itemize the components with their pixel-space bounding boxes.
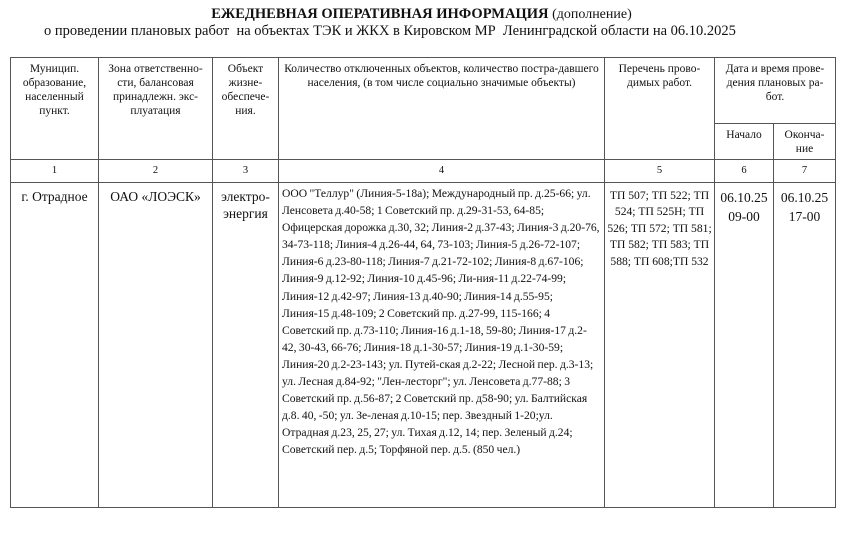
- column-number: 4: [279, 160, 605, 183]
- header-date-time-group: Дата и время прове-дения плановых ра-бот…: [715, 58, 836, 124]
- header-municipality: Муницип. образование, населенный пункт.: [11, 58, 99, 160]
- header-works: Перечень прово-димых работ.: [605, 58, 715, 160]
- cell-responsibility-zone: ОАО «ЛОЭСК»: [99, 183, 213, 508]
- document-subtitle: о проведении плановых работ на объектах …: [44, 22, 736, 40]
- header-end: Оконча-ние: [774, 124, 836, 160]
- column-number: 6: [715, 160, 774, 183]
- outage-table: Муницип. образование, населенный пункт. …: [10, 57, 836, 508]
- header-affected: Количество отключенных объектов, количес…: [279, 58, 605, 160]
- start-date: 06.10.25: [715, 188, 773, 207]
- cell-municipality: г. Отрадное: [11, 183, 99, 508]
- header-start: Начало: [715, 124, 774, 160]
- column-number: 2: [99, 160, 213, 183]
- cell-works: ТП 507; ТП 522; ТП 524; ТП 525Н; ТП 526;…: [605, 183, 715, 508]
- title-main: ЕЖЕДНЕВНАЯ ОПЕРАТИВНАЯ ИНФОРМАЦИЯ: [211, 6, 548, 22]
- end-date: 06.10.25: [774, 188, 835, 207]
- header-object: Объект жизне-обеспече-ния.: [213, 58, 279, 160]
- column-number: 1: [11, 160, 99, 183]
- column-number: 3: [213, 160, 279, 183]
- header-responsibility-zone: Зона ответственно-сти, балансовая принад…: [99, 58, 213, 160]
- end-time: 17-00: [774, 207, 835, 226]
- cell-end: 06.10.25 17-00: [774, 183, 836, 508]
- cell-affected: ООО "Теллур" (Линия-5-18а); Международны…: [279, 183, 605, 508]
- title-suffix: (дополнение): [552, 7, 632, 22]
- column-number: 7: [774, 160, 836, 183]
- column-number: 5: [605, 160, 715, 183]
- column-number-row: 1 2 3 4 5 6 7: [11, 160, 836, 183]
- table-row: г. Отрадное ОАО «ЛОЭСК» электро-энергия …: [11, 183, 836, 508]
- cell-start: 06.10.25 09-00: [715, 183, 774, 508]
- cell-object: электро-энергия: [213, 183, 279, 508]
- start-time: 09-00: [715, 207, 773, 226]
